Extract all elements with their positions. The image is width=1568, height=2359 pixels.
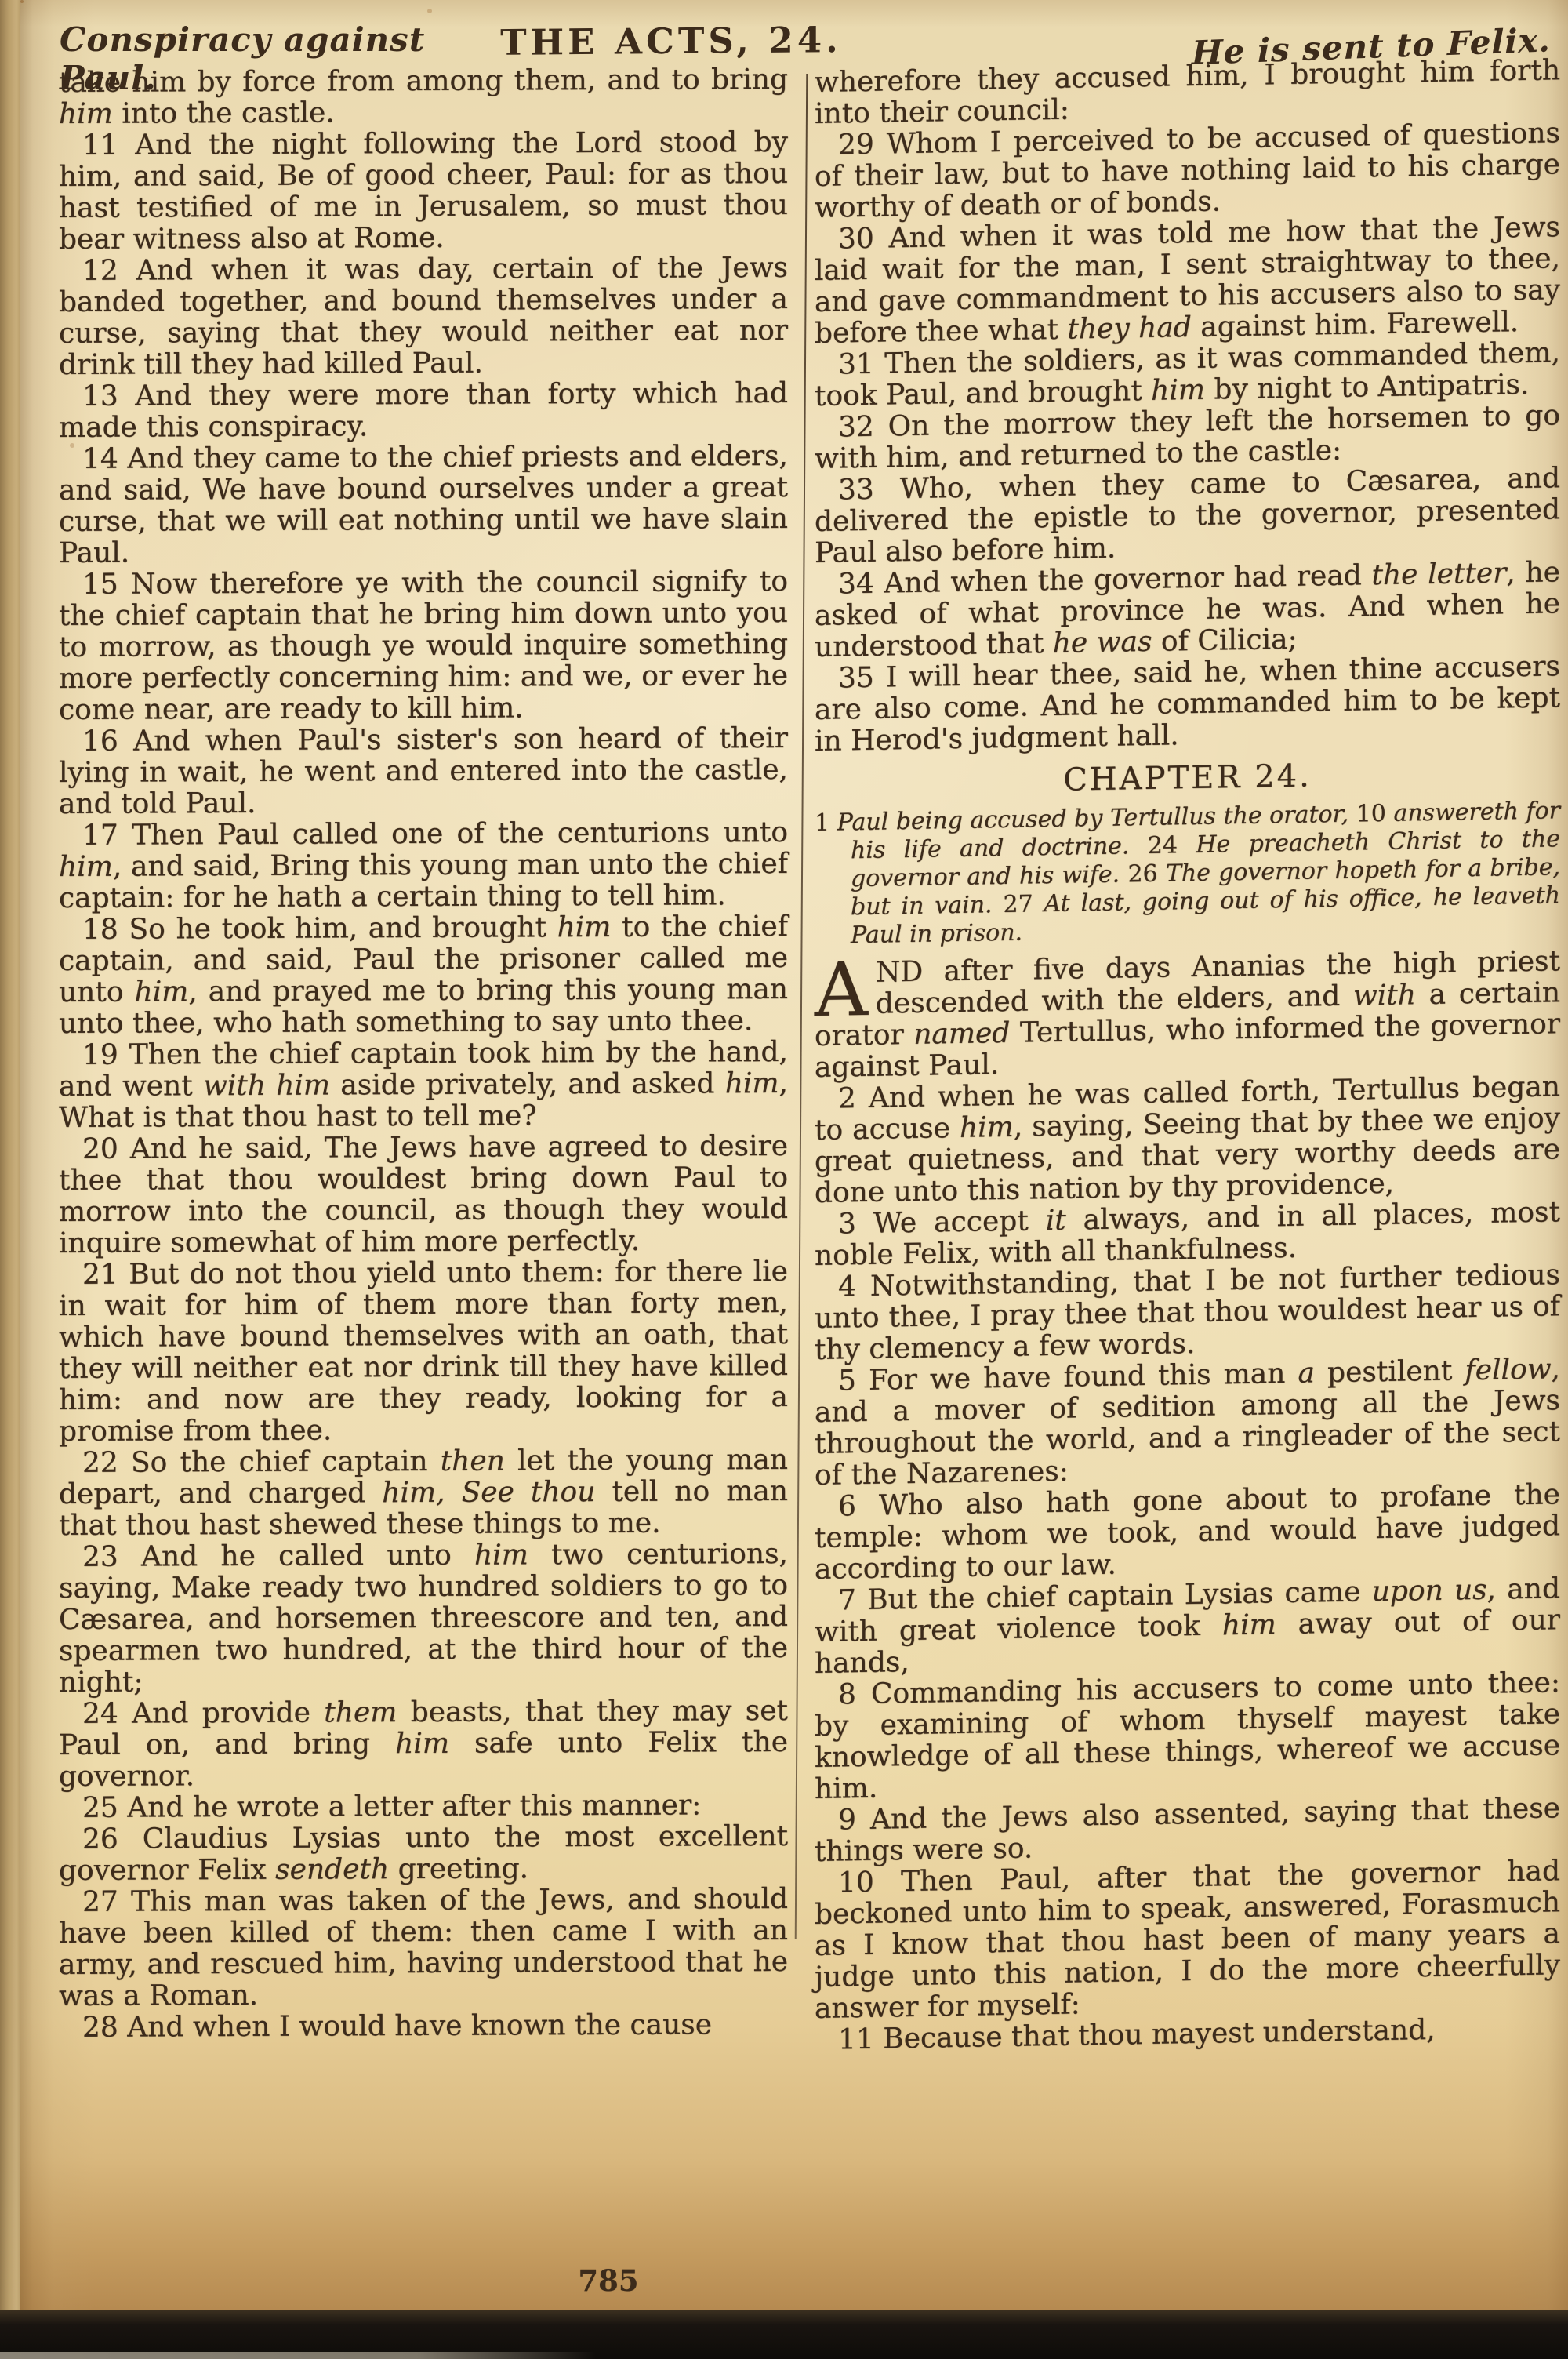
verse-text: 1 — [815, 809, 837, 837]
verse: 21 But do not thou yield unto them: for … — [59, 1256, 788, 1448]
verse: 27 This man was taken of the Jews, and s… — [59, 1884, 788, 2012]
italic-supplied-word: sendeth — [275, 1853, 389, 1886]
verse-text: 10 Then Paul, after that the governor ha… — [815, 1855, 1560, 2025]
verse-text: , and said, Bring this young man unto th… — [59, 848, 788, 914]
verse: 15 Now therefore ye with the council sig… — [59, 566, 788, 726]
verse-text: 17 Then Paul called one of the centurion… — [82, 816, 788, 852]
italic-supplied-word: fellow — [1465, 1353, 1551, 1387]
verse-text: 16 And when Paul's sister's son heard of… — [59, 722, 788, 820]
left-column: take him by force from among them, and t… — [59, 64, 788, 2056]
verse: 20 And he said, The Jews have agreed to … — [59, 1131, 788, 1259]
verse: 8 Commanding his accusers to come unto t… — [815, 1667, 1560, 1805]
verse: AND after five days Ananias the high pri… — [815, 946, 1560, 1084]
text-columns: take him by force from among them, and t… — [20, 63, 1568, 2056]
italic-supplied-word: the letter — [1372, 557, 1507, 591]
verse-text: greeting. — [389, 1852, 528, 1885]
verse-text: of Cilicia; — [1152, 623, 1297, 658]
right-column: wherefore they accused him, I brought hi… — [815, 55, 1560, 2056]
verse-text: 29 Whom I perceived to be accused of que… — [815, 117, 1560, 224]
verse-text: 24 And provide — [82, 1697, 324, 1730]
drop-cap: A — [815, 961, 868, 1021]
chapter-summary: 1 Paul being accused by Tertullus the or… — [815, 797, 1560, 951]
bible-page: Conspiracy against Paul. THE ACTS, 24. H… — [20, 0, 1568, 2320]
verse-text: 12 And when it was day, certain of the J… — [59, 252, 788, 381]
verse: 10 Then Paul, after that the governor ha… — [815, 1856, 1560, 2025]
verse: 29 Whom I perceived to be accused of que… — [815, 118, 1560, 224]
italic-supplied-word: him — [59, 851, 113, 883]
verse: 30 And when it was told me how that the … — [815, 212, 1560, 350]
verse: 23 And he called unto him two centurions… — [59, 1539, 788, 1699]
table-surface-sliver — [0, 2352, 596, 2359]
verse: 7 But the chief captain Lysias came upon… — [815, 1573, 1560, 1680]
verse-text: 22 So the chief captain — [82, 1445, 441, 1479]
italic-supplied-word: him — [960, 1111, 1014, 1144]
verse: 24 And provide them beasts, that they ma… — [59, 1696, 788, 1793]
verse-text: pestilent — [1315, 1354, 1465, 1389]
verse-text: into the castle. — [113, 96, 335, 129]
verse-text: 27 This man was taken of the Jews, and s… — [59, 1883, 788, 2012]
italic-supplied-word: with him — [203, 1069, 330, 1102]
italic-supplied-word: him — [134, 976, 188, 1008]
italic-supplied-word: a — [1298, 1357, 1315, 1389]
verse-text: 23 And he called unto — [82, 1539, 474, 1573]
chapter-heading: CHAPTER 24. — [815, 756, 1560, 800]
verse: 16 And when Paul's sister's son heard of… — [59, 723, 788, 820]
column-divider-rule — [795, 74, 808, 1939]
italic-supplied-word: upon us — [1372, 1574, 1487, 1608]
verse: 28 And when I would have known the cause — [59, 2009, 788, 2044]
verse-text: 28 And when I would have known the cause — [82, 2008, 712, 2044]
verse: 11 And the night following the Lord stoo… — [59, 127, 788, 256]
italic-supplied-word: they had — [1067, 311, 1191, 346]
verse: 4 Notwithstanding, that I be not further… — [815, 1259, 1560, 1366]
italic-supplied-word: it — [1046, 1205, 1066, 1237]
italic-supplied-word: then — [441, 1445, 505, 1478]
verse: 34 And when the governor had read the le… — [815, 557, 1560, 663]
verse-text: 20 And he said, The Jews have agreed to … — [59, 1130, 788, 1259]
verse-text: 13 And they were more than forty which h… — [59, 377, 788, 444]
verse: 18 So he took him, and brought him to th… — [59, 911, 788, 1040]
italic-supplied-word: him — [395, 1728, 449, 1760]
verse-text: 27 — [993, 890, 1044, 918]
verse-text: 4 Notwithstanding, that I be not further… — [815, 1259, 1560, 1366]
verse: 6 Who also hath gone about to profane th… — [815, 1479, 1560, 1586]
italic-supplied-word: them — [324, 1696, 397, 1728]
verse-text: 15 Now therefore ye with the council sig… — [59, 565, 788, 726]
verse-text: 21 But do not thou yield unto them: for … — [59, 1256, 788, 1448]
verse: 22 So the chief captain then let the you… — [59, 1445, 788, 1542]
verse-text: 26 — [1120, 860, 1166, 889]
verse: 12 And when it was day, certain of the J… — [59, 253, 788, 381]
verse-text: 10 — [1348, 800, 1393, 828]
page-header: Conspiracy against Paul. THE ACTS, 24. H… — [20, 0, 1568, 63]
italic-supplied-word: him — [1151, 374, 1205, 407]
italic-supplied-word: him — [557, 911, 612, 943]
italic-supplied-word: him — [725, 1067, 779, 1100]
italic-supplied-word: he was — [1053, 626, 1152, 660]
verse: 33 Who, when they came to Cæsarea, and d… — [815, 463, 1560, 569]
verse-text: 8 Commanding his accusers to come unto t… — [815, 1667, 1560, 1805]
verse-text: 25 And he wrote a letter after this mann… — [82, 1789, 701, 1823]
italic-supplied-word: named — [913, 1017, 1010, 1051]
verse-continuation: take him by force from among them, and t… — [59, 64, 788, 130]
verse: 17 Then Paul called one of the centurion… — [59, 817, 788, 914]
verse: 13 And they were more than forty which h… — [59, 378, 788, 444]
verse-text: 6 Who also hath gone about to profane th… — [815, 1478, 1560, 1586]
italic-supplied-word: him — [1222, 1608, 1276, 1641]
verse-text: aside privately, and asked — [330, 1067, 725, 1101]
verse: 35 I will hear thee, said he, when thine… — [815, 651, 1560, 758]
italic-supplied-word: him — [59, 98, 113, 130]
verse-text: 14 And they came to the chief priests an… — [59, 440, 788, 569]
verse-text: 24 — [1129, 831, 1196, 860]
verse-text: 18 So he took him, and brought — [82, 911, 557, 946]
verse: 25 And he wrote a letter after this mann… — [59, 1790, 788, 1824]
verse: 5 For we have found this man a pestilent… — [815, 1354, 1560, 1492]
verse-text: take him by force from among them, and t… — [59, 64, 788, 99]
verse: 14 And they came to the chief priests an… — [59, 441, 788, 569]
verse-text: 3 We accept — [838, 1205, 1046, 1240]
verse-text: 35 I will hear thee, said he, when thine… — [815, 650, 1560, 758]
book-title: THE ACTS, 24. — [499, 19, 844, 64]
italic-supplied-word: him, See thou — [382, 1476, 595, 1509]
italic-supplied-word: him — [474, 1539, 528, 1571]
verse-text: 11 And the night following the Lord stoo… — [59, 126, 788, 256]
page-number: 785 — [538, 2263, 679, 2298]
photographed-bible-page: Conspiracy against Paul. THE ACTS, 24. H… — [0, 0, 1568, 2359]
verse: 2 And when he was called forth, Tertullu… — [815, 1071, 1560, 1209]
italic-supplied-word: with — [1353, 979, 1416, 1012]
verse: 26 Claudius Lysias unto the most excelle… — [59, 1821, 788, 1887]
verse-text: 33 Who, when they came to Cæsarea, and d… — [815, 462, 1560, 569]
verse: 19 Then the chief captain took him by th… — [59, 1037, 788, 1134]
